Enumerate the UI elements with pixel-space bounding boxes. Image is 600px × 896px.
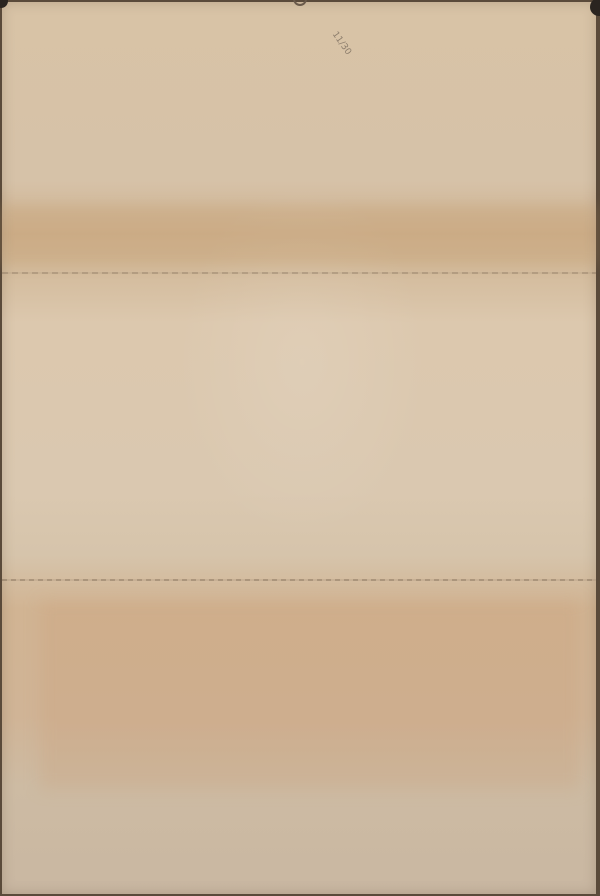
fold-line-lower bbox=[2, 579, 596, 581]
fold-line-upper bbox=[2, 272, 596, 274]
water-stain-lower bbox=[40, 600, 580, 790]
water-stain-upper bbox=[2, 205, 596, 265]
